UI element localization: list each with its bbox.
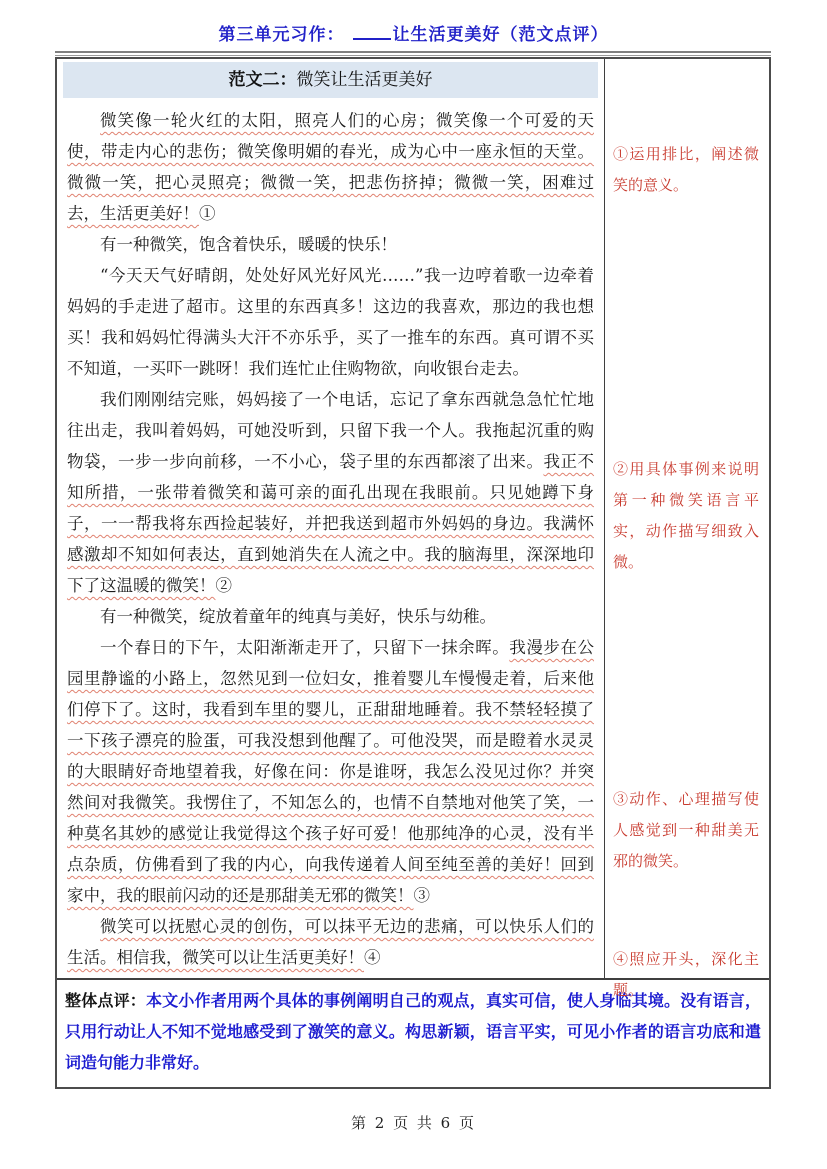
header-title-prefix: 第三单元习作： [219, 25, 345, 44]
essay-paragraph-3: “今天天气好晴朗，处处好风光好风光……”我一边哼着歌一边牵着妈妈的手走进了超市。… [67, 260, 594, 384]
document-page: 第三单元习作：让生活更美好（范文点评） 范文二：微笑让生活更美好 微笑像一轮火红… [0, 0, 827, 1169]
page-header: 第三单元习作：让生活更美好（范文点评） [0, 20, 827, 45]
essay-column: 范文二：微笑让生活更美好 微笑像一轮火红的太阳，照亮人们的心房；微笑像一个可爱的… [57, 59, 605, 978]
essay-title-bar: 范文二：微笑让生活更美好 [63, 62, 598, 98]
annotation-4: ④照应开头，深化主题。 [613, 944, 759, 1006]
essay-paragraph-6: 一个春日的下午，太阳渐渐走开了，只留下一抹余晖。我漫步在公园里静谧的小路上，忽然… [67, 632, 594, 911]
header-title-suffix: 让生活更美好（范文点评） [393, 25, 609, 44]
annotation-1: ①运用排比，阐述微笑的意义。 [613, 139, 759, 201]
essay-paragraph-5: 有一种微笑，绽放着童年的纯真与美好，快乐与幼稚。 [67, 601, 594, 632]
header-rule [55, 51, 771, 56]
essay-title-label: 范文二： [229, 70, 297, 89]
annotation-column: ①运用排比，阐述微笑的意义。 ②用具体事例来说明第一种微笑语言平实，动作描写细致… [605, 59, 769, 978]
essay-paragraph-2: 有一种微笑，饱含着快乐，暖暖的快乐！ [67, 229, 594, 260]
header-blank-line [353, 25, 391, 40]
overall-comment-label: 整体点评： [65, 991, 146, 1010]
essay-paragraph-1: 微笑像一轮火红的太阳，照亮人们的心房；微笑像一个可爱的天使，带走内心的悲伤；微笑… [67, 105, 594, 229]
essay-title-text: 微笑让生活更美好 [297, 70, 433, 89]
annotation-3: ③动作、心理描写使人感觉到一种甜美无邪的微笑。 [613, 784, 759, 877]
essay-table: 范文二：微笑让生活更美好 微笑像一轮火红的太阳，照亮人们的心房；微笑像一个可爱的… [55, 57, 771, 1089]
page-footer: 第 2 页 共 6 页 [0, 1112, 827, 1133]
annotation-2: ②用具体事例来说明第一种微笑语言平实，动作描写细致入微。 [613, 454, 759, 578]
essay-paragraph-7: 微笑可以抚慰心灵的创伤，可以抹平无边的悲痛，可以快乐人们的生活。相信我，微笑可以… [67, 911, 594, 973]
essay-paragraph-4: 我们刚刚结完账，妈妈接了一个电话，忘记了拿东西就急急忙忙地往出走，我叫着妈妈，可… [67, 384, 594, 601]
essay-body: 微笑像一轮火红的太阳，照亮人们的心房；微笑像一个可爱的天使，带走内心的悲伤；微笑… [57, 98, 604, 978]
